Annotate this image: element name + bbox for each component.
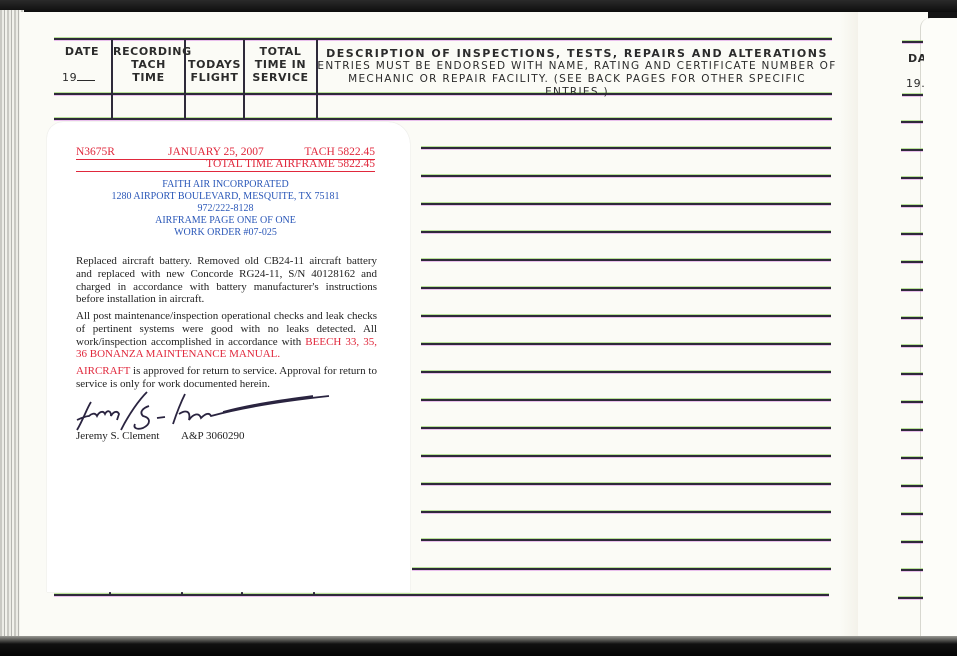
entry-line — [421, 511, 831, 513]
mechanic-certificate: A&P 3060290 — [181, 430, 244, 443]
entry-line — [421, 287, 831, 289]
entry-line — [421, 539, 831, 541]
book-top-edge — [0, 0, 957, 12]
right-page-rule — [902, 94, 923, 96]
column-header-todays-flight: TODAYS FLIGHT — [186, 58, 243, 84]
year-prefix: 19 — [62, 71, 77, 84]
entry-line — [421, 455, 831, 457]
right-page-rule — [901, 569, 923, 571]
mechanic-signature — [73, 390, 333, 434]
entry-line — [421, 203, 831, 205]
airframe-page: AIRFRAME PAGE ONE OF ONE — [76, 215, 375, 227]
right-page-rule — [901, 177, 923, 179]
aircraft-keyword: AIRCRAFT — [76, 365, 130, 377]
header-underline — [76, 171, 375, 172]
right-page-rule — [901, 485, 923, 487]
next-page-edge — [920, 18, 957, 638]
entry-line — [421, 259, 831, 261]
entry-line — [421, 231, 831, 233]
description-title: DESCRIPTION OF INSPECTIONS, TESTS, REPAI… — [317, 47, 837, 60]
year-field: 19 — [62, 71, 102, 84]
entry-line — [421, 371, 831, 373]
right-page-rule — [901, 541, 923, 543]
description-instruction-1: ENTRIES MUST BE ENDORSED WITH NAME, RATI… — [317, 60, 837, 73]
right-page-rule — [901, 121, 923, 123]
entry-line — [421, 427, 831, 429]
column-header-date: DATE — [58, 45, 106, 58]
entry-line — [421, 343, 831, 345]
entry-date: JANUARY 25, 2007 — [168, 146, 264, 158]
right-page — [858, 12, 928, 638]
date-label: DATE — [58, 45, 106, 58]
right-page-rule — [901, 429, 923, 431]
entry-line — [421, 315, 831, 317]
right-page-year: 19. — [906, 77, 924, 90]
right-page-rule — [901, 457, 923, 459]
first-entry-rule — [54, 118, 832, 120]
right-page-rule — [901, 261, 923, 263]
header-top-rule — [54, 38, 832, 40]
shop-address: 1280 AIRPORT BOULEVARD, MESQUITE, TX 751… — [76, 191, 375, 203]
todays-label: TODAYS — [186, 58, 243, 71]
entry-line — [421, 147, 831, 149]
description-instruction-2: MECHANIC OR REPAIR FACILITY. (SEE BACK P… — [317, 73, 837, 99]
right-page-rule — [901, 513, 923, 515]
work-description: Replaced aircraft battery. Removed old C… — [76, 255, 377, 306]
page-bottom-rule — [54, 594, 829, 596]
time-label: TIME — [113, 71, 184, 84]
recording-label: RECORDING — [113, 45, 184, 58]
return-to-service-statement: AIRCRAFT is approved for return to servi… — [76, 365, 377, 391]
right-page-rule — [901, 345, 923, 347]
mechanic-name: Jeremy S. Clement — [76, 430, 159, 443]
column-header-total-time: TOTAL TIME IN SERVICE — [245, 45, 316, 84]
maintenance-entry-sticker: N3675R JANUARY 25, 2007 TACH 5822.45 TOT… — [47, 122, 410, 592]
shop-phone: 972/222-8128 — [76, 203, 375, 215]
entry-line — [421, 175, 831, 177]
right-page-rule — [902, 41, 923, 43]
tach-reading: TACH 5822.45 — [287, 146, 375, 158]
service-label: SERVICE — [245, 71, 316, 84]
time-in-label: TIME IN — [245, 58, 316, 71]
column-header-description: DESCRIPTION OF INSPECTIONS, TESTS, REPAI… — [317, 47, 837, 99]
right-page-rule — [901, 289, 923, 291]
column-header-recording-tach-time: RECORDING TACH TIME — [113, 45, 184, 84]
entry-line — [412, 568, 831, 570]
entry-line — [421, 399, 831, 401]
aircraft-registration: N3675R — [76, 146, 115, 158]
total-time-airframe: TOTAL TIME AIRFRAME 5822.45 — [187, 158, 375, 170]
right-page-rule — [901, 149, 923, 151]
inspection-statement: All post maintenance/inspection operatio… — [76, 310, 377, 361]
work-order-number: WORK ORDER #07-025 — [76, 227, 375, 239]
right-page-rule — [901, 401, 923, 403]
flight-label: FLIGHT — [186, 71, 243, 84]
right-page-rule — [901, 317, 923, 319]
shop-name: FAITH AIR INCORPORATED — [76, 179, 375, 191]
right-page-rule — [901, 373, 923, 375]
repair-station-block: FAITH AIR INCORPORATED 1280 AIRPORT BOUL… — [76, 179, 375, 239]
right-page-rule — [898, 597, 923, 599]
total-label: TOTAL — [245, 45, 316, 58]
book-bottom-edge — [0, 636, 957, 656]
tach-label: TACH — [113, 58, 184, 71]
right-page-rule — [901, 233, 923, 235]
right-page-date-label: DA — [908, 52, 924, 65]
entry-line — [421, 483, 831, 485]
right-page-rule — [901, 205, 923, 207]
